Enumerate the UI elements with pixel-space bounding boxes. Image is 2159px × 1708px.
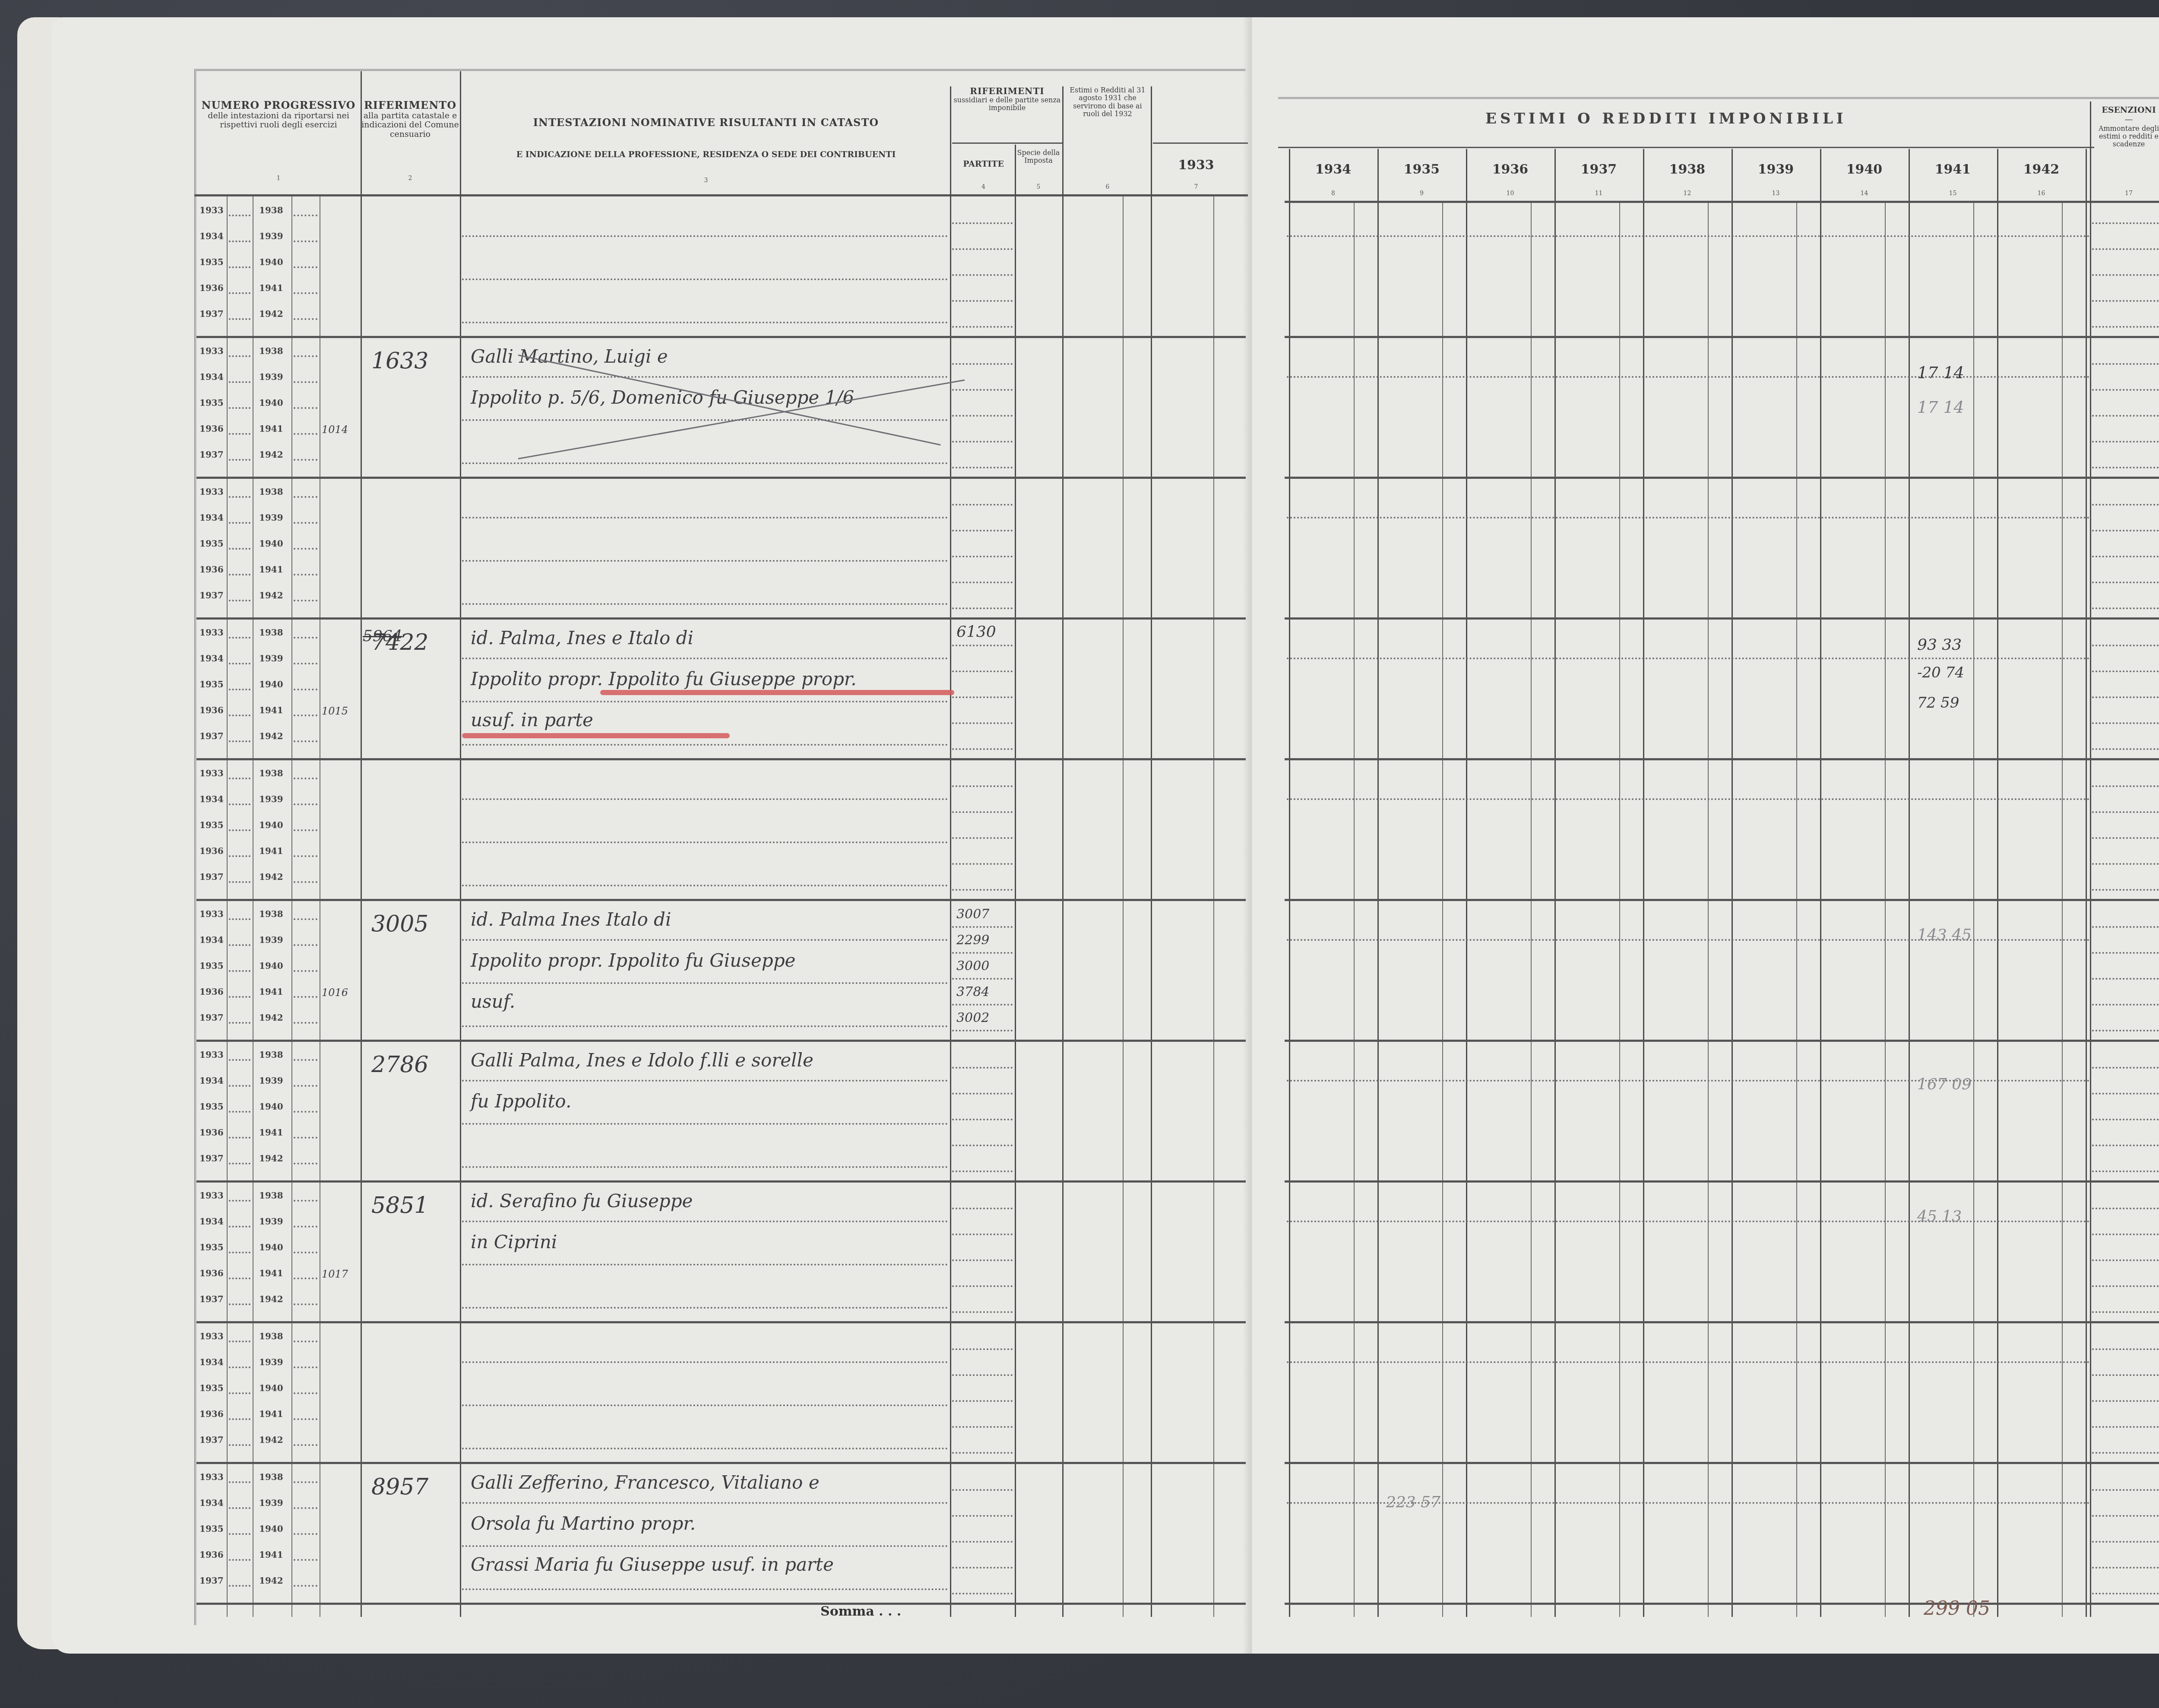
dotted-rule: [462, 1448, 948, 1449]
col-number: 7: [1153, 183, 1239, 190]
year-label: 1941: [259, 1127, 283, 1138]
dotted-rule: [952, 607, 1013, 609]
year-label: 1939: [259, 512, 283, 523]
col-subdivider: [1123, 196, 1124, 1617]
year-label: 1936: [199, 705, 224, 715]
col-number: 6: [1064, 183, 1151, 190]
dotted-rule: [952, 748, 1013, 750]
intestazione-line: Galli Palma, Ines e Idolo f.lli e sorell…: [471, 1050, 814, 1071]
dotted-rule: [294, 637, 317, 639]
year-header-1938: 1938: [1643, 162, 1732, 177]
block-rule: [196, 899, 1246, 901]
intestazione-line: usuf.: [471, 991, 515, 1012]
dotted-rule: [952, 1208, 1013, 1209]
dotted-rule: [294, 715, 317, 716]
dotted-rule: [294, 1252, 317, 1253]
dotted-rule: [229, 600, 250, 601]
value-e2-1941-b: 17 14: [1917, 398, 1964, 417]
dotted-rule: [2092, 748, 2159, 750]
progressive-number: 1015: [322, 705, 348, 717]
dotted-rule: [952, 926, 1013, 928]
intestazione-line: Ippolito propr. Ippolito fu Giuseppe pro…: [471, 668, 857, 690]
dotted-rule: [229, 548, 250, 550]
col-number: 5: [1015, 183, 1062, 190]
dotted-rule: [2092, 722, 2159, 724]
dotted-rule: [462, 517, 948, 519]
dotted-rule: [229, 1200, 250, 1202]
dotted-rule: [1287, 798, 2090, 800]
col-subdivider: [227, 196, 228, 1617]
col-number: 2: [361, 175, 460, 182]
value-e4-1941-b: -20 74: [1917, 664, 1964, 681]
dotted-rule: [952, 222, 1013, 224]
dotted-rule: [1287, 658, 2090, 659]
red-strikethrough: [600, 690, 954, 695]
dotted-rule: [229, 803, 250, 805]
col-number: 17: [2090, 190, 2159, 197]
dotted-rule: [229, 663, 250, 664]
dotted-rule: [952, 837, 1013, 839]
block-rule: [196, 1603, 1246, 1605]
total-1941-value: 299 05: [1924, 1597, 1990, 1619]
col-number: 12: [1643, 190, 1732, 197]
header-intestazioni: INTESTAZIONI NOMINATIVE RISULTANTI IN CA…: [462, 117, 950, 159]
year-label: 1936: [199, 424, 224, 434]
col-subdivider: [291, 196, 292, 1617]
year-header-1940: 1940: [1820, 162, 1909, 177]
intestazione-line: id. Palma, Ines e Italo di: [471, 627, 693, 648]
col-divider: [460, 71, 461, 1617]
dotted-rule: [462, 1123, 948, 1125]
year-label: 1936: [199, 846, 224, 856]
dotted-rule: [1287, 235, 2090, 237]
dotted-rule: [2092, 467, 2159, 468]
year-label: 1939: [259, 1357, 283, 1367]
dotted-rule: [462, 939, 948, 941]
intestazione-line: Ippolito propr. Ippolito fu Giuseppe: [471, 950, 795, 971]
dotted-rule: [952, 1119, 1013, 1120]
col-number: 8: [1289, 190, 1377, 197]
header-year-1933: 1933: [1153, 158, 1239, 173]
col-subdivider: [1708, 203, 1709, 1617]
dotted-rule: [2092, 1259, 2159, 1261]
dotted-rule: [294, 433, 317, 435]
dotted-rule: [952, 1489, 1013, 1491]
partite-value: 3000: [956, 958, 989, 974]
intestazione-line: Galli Martino, Luigi e: [471, 346, 668, 367]
block-rule: [1285, 1603, 2159, 1605]
dotted-rule: [2092, 1348, 2159, 1350]
dotted-rule: [229, 918, 250, 920]
block-rule: [1285, 758, 2159, 760]
header-bottom-rule: [194, 194, 1248, 196]
col-divider: [1466, 149, 1467, 1617]
col-divider: [1909, 149, 1910, 1617]
year-label: 1939: [259, 794, 283, 804]
dotted-rule: [952, 1515, 1013, 1517]
dotted-rule: [294, 600, 317, 601]
dotted-rule: [229, 1059, 250, 1061]
dotted-rule: [2092, 645, 2159, 646]
dotted-rule: [229, 318, 250, 320]
dotted-rule: [229, 1392, 250, 1394]
year-label: 1942: [259, 1435, 283, 1445]
year-label: 1936: [199, 1550, 224, 1560]
year-label: 1933: [199, 1190, 224, 1201]
dotted-rule: [2092, 363, 2159, 365]
year-label: 1936: [199, 1127, 224, 1138]
dotted-rule: [229, 1226, 250, 1227]
dotted-rule: [2092, 671, 2159, 672]
year-header-1937: 1937: [1554, 162, 1643, 177]
dotted-rule: [2092, 1593, 2159, 1594]
col-divider: [1820, 149, 1821, 1617]
dotted-rule: [952, 1426, 1013, 1428]
block-rule: [196, 758, 1246, 760]
year-label: 1936: [199, 1409, 224, 1419]
header-estimi-1931: Estimi o Redditi al 31 agosto 1931 che s…: [1064, 86, 1151, 118]
dotted-rule: [952, 863, 1013, 865]
partita-number: 8957: [371, 1474, 428, 1500]
year-label: 1938: [259, 909, 283, 919]
dotted-rule: [1287, 517, 2090, 519]
year-label: 1933: [199, 1331, 224, 1341]
year-label: 1941: [259, 283, 283, 293]
dotted-rule: [2092, 1311, 2159, 1313]
year-label: 1935: [199, 1242, 224, 1253]
dotted-rule: [462, 278, 948, 280]
year-label: 1941: [259, 1550, 283, 1560]
year-label: 1940: [259, 1101, 283, 1112]
dotted-rule: [294, 1022, 317, 1024]
right-table-frame: [1278, 97, 2159, 1627]
dotted-rule: [952, 441, 1013, 443]
year-label: 1935: [199, 679, 224, 690]
dotted-rule: [952, 785, 1013, 787]
dotted-rule: [2092, 389, 2159, 391]
dotted-rule: [229, 1252, 250, 1253]
year-header-1935: 1935: [1377, 162, 1466, 177]
dotted-rule: [2092, 978, 2159, 980]
dotted-rule: [2092, 785, 2159, 787]
year-label: 1937: [199, 1012, 224, 1023]
dotted-rule: [229, 1137, 250, 1139]
dotted-rule: [952, 248, 1013, 250]
year-label: 1942: [259, 731, 283, 741]
somma-label: Somma . . .: [820, 1604, 901, 1619]
dotted-rule: [229, 996, 250, 998]
dotted-rule: [229, 689, 250, 690]
year-label: 1940: [259, 1383, 283, 1393]
dotted-rule: [1287, 1221, 2090, 1222]
dotted-rule: [294, 778, 317, 779]
dotted-rule: [2092, 441, 2159, 443]
block-rule: [1285, 1040, 2159, 1042]
year-label: 1942: [259, 1153, 283, 1164]
year-label: 1942: [259, 590, 283, 601]
dotted-rule: [229, 637, 250, 639]
block-rule: [1285, 1180, 2159, 1183]
dotted-rule: [294, 918, 317, 920]
year-label: 1933: [199, 487, 224, 497]
dotted-rule: [229, 574, 250, 576]
year-label: 1936: [199, 1268, 224, 1278]
intestazione-line: id. Serafino fu Giuseppe: [471, 1190, 693, 1211]
dotted-rule: [952, 1145, 1013, 1146]
year-label: 1934: [199, 1498, 224, 1508]
year-label: 1934: [199, 653, 224, 664]
dotted-rule: [294, 1481, 317, 1483]
dotted-rule: [2092, 1067, 2159, 1069]
dotted-rule: [294, 1200, 317, 1202]
block-rule: [196, 617, 1246, 620]
dotted-rule: [229, 215, 250, 216]
dotted-rule: [952, 1541, 1013, 1543]
year-label: 1938: [259, 768, 283, 778]
col-divider: [1289, 149, 1290, 1617]
dotted-rule: [952, 415, 1013, 417]
dotted-rule: [294, 407, 317, 409]
dotted-rule: [2092, 274, 2159, 276]
dotted-rule: [2092, 248, 2159, 250]
dotted-rule: [229, 1418, 250, 1420]
dotted-rule: [294, 548, 317, 550]
header-numero-progressivo: NUMERO PROGRESSIVO delle intestazioni da…: [196, 99, 361, 130]
dotted-rule: [462, 1166, 948, 1168]
dotted-rule: [952, 645, 1013, 646]
block-rule: [1285, 477, 2159, 479]
dotted-rule: [229, 1366, 250, 1368]
year-label: 1941: [259, 1409, 283, 1419]
dotted-rule: [294, 829, 317, 831]
year-label: 1937: [199, 1294, 224, 1304]
dotted-rule: [294, 215, 317, 216]
year-1933-rule: [1153, 142, 1248, 144]
dotted-rule: [952, 889, 1013, 891]
progressive-number: 1014: [322, 424, 348, 436]
intestazione-line: in Ciprini: [471, 1231, 557, 1253]
partite-value: 6130: [956, 623, 996, 641]
year-label: 1938: [259, 1190, 283, 1201]
dotted-rule: [229, 433, 250, 435]
dotted-rule: [294, 1418, 317, 1420]
dotted-rule: [229, 715, 250, 716]
year-label: 1941: [259, 424, 283, 434]
year-label: 1937: [199, 449, 224, 460]
col-subdivider: [253, 196, 253, 1617]
col-subdivider: [1885, 203, 1886, 1617]
col-subdivider: [1354, 203, 1355, 1617]
col-number: 11: [1554, 190, 1643, 197]
dotted-rule: [2092, 300, 2159, 302]
dotted-rule: [2092, 696, 2159, 698]
dotted-rule: [2092, 222, 2159, 224]
dotted-rule: [229, 1303, 250, 1305]
dotted-rule: [229, 1533, 250, 1535]
dotted-rule: [294, 1533, 317, 1535]
dotted-rule: [2092, 1426, 2159, 1428]
intestazione-line: Orsola fu Martino propr.: [471, 1513, 696, 1534]
dotted-rule: [2092, 607, 2159, 609]
dotted-rule: [229, 1111, 250, 1113]
col-divider: [1377, 149, 1379, 1617]
block-rule: [196, 477, 1246, 479]
dotted-rule: [294, 1585, 317, 1587]
dotted-rule: [952, 1234, 1013, 1235]
dotted-rule: [2092, 326, 2159, 328]
dotted-rule: [229, 292, 250, 294]
dotted-rule: [462, 1545, 948, 1547]
col-divider: [2090, 101, 2091, 1617]
dotted-rule: [2092, 1452, 2159, 1454]
dotted-rule: [462, 1404, 948, 1406]
dotted-rule: [294, 803, 317, 805]
dotted-rule: [462, 1264, 948, 1265]
dotted-rule: [294, 740, 317, 742]
dotted-rule: [229, 381, 250, 383]
year-label: 1942: [259, 1012, 283, 1023]
partite-value: 2299: [956, 933, 989, 948]
value-e4-1941-a: 93 33: [1917, 636, 1962, 654]
dotted-rule: [229, 1163, 250, 1164]
partite-value: 3002: [956, 1010, 989, 1025]
dotted-rule: [952, 1067, 1013, 1069]
dotted-rule: [229, 522, 250, 524]
block-rule: [196, 1321, 1246, 1323]
dotted-rule: [229, 1507, 250, 1509]
dotted-rule: [2092, 1030, 2159, 1031]
year-label: 1940: [259, 538, 283, 549]
dotted-rule: [952, 504, 1013, 506]
value-e10-1935: 223 57: [1386, 1493, 1440, 1511]
year-header-rule: [1278, 147, 2094, 148]
dotted-rule: [294, 1163, 317, 1164]
dotted-rule: [294, 663, 317, 664]
dotted-rule: [229, 1022, 250, 1024]
col-subdivider: [2062, 203, 2063, 1617]
dotted-rule: [952, 363, 1013, 365]
year-label: 1937: [199, 1575, 224, 1586]
dotted-rule: [462, 419, 948, 421]
partita-number: 5851: [371, 1192, 428, 1218]
block-rule: [1285, 617, 2159, 620]
col-divider: [1554, 149, 1556, 1617]
col-number: 15: [1909, 190, 1997, 197]
year-label: 1936: [199, 987, 224, 997]
dotted-rule: [952, 1400, 1013, 1402]
header-riferimenti-sussidiari: RIFERIMENTI sussidiari e delle partite s…: [952, 86, 1062, 112]
rif-sub-rule: [952, 142, 1062, 144]
dotted-rule: [229, 778, 250, 779]
year-header-1941: 1941: [1909, 162, 1997, 177]
dotted-rule: [462, 1588, 948, 1590]
col-subdivider: [1442, 203, 1443, 1617]
dotted-rule: [952, 467, 1013, 468]
dotted-rule: [462, 658, 948, 659]
year-label: 1939: [259, 372, 283, 382]
dotted-rule: [952, 530, 1013, 531]
year-label: 1940: [259, 1524, 283, 1534]
dotted-rule: [229, 1559, 250, 1561]
dotted-rule: [294, 855, 317, 857]
dotted-rule: [952, 1285, 1013, 1287]
dotted-rule: [952, 978, 1013, 980]
year-label: 1933: [199, 205, 224, 215]
dotted-rule: [952, 1030, 1013, 1031]
dotted-rule: [952, 1567, 1013, 1569]
year-label: 1934: [199, 1075, 224, 1086]
year-label: 1940: [259, 257, 283, 267]
dotted-rule: [952, 1311, 1013, 1313]
dotted-rule: [294, 522, 317, 524]
dotted-rule: [462, 744, 948, 746]
year-label: 1933: [199, 768, 224, 778]
dotted-rule: [2092, 1234, 2159, 1235]
year-label: 1933: [199, 346, 224, 356]
dotted-rule: [229, 1341, 250, 1342]
progressive-number: 1016: [322, 987, 348, 999]
intestazione-line: id. Palma Ines Italo di: [471, 909, 671, 930]
dotted-rule: [229, 1444, 250, 1446]
dotted-rule: [229, 944, 250, 946]
block-rule: [196, 1040, 1246, 1042]
year-label: 1933: [199, 909, 224, 919]
dotted-rule: [462, 1080, 948, 1082]
dotted-rule: [229, 970, 250, 972]
dotted-rule: [2092, 1567, 2159, 1569]
dotted-rule: [952, 326, 1013, 328]
dotted-rule: [294, 1303, 317, 1305]
year-label: 1933: [199, 1050, 224, 1060]
dotted-rule: [462, 1025, 948, 1027]
dotted-rule: [229, 407, 250, 409]
col-subdivider: [1619, 203, 1620, 1617]
intestazione-line: Ippolito p. 5/6, Domenico fu Giuseppe 1/…: [471, 387, 854, 408]
value-e6-1941: 143 45: [1917, 926, 1972, 944]
col-divider: [1997, 149, 1998, 1617]
dotted-rule: [2092, 811, 2159, 813]
year-label: 1934: [199, 512, 224, 523]
dotted-rule: [1287, 376, 2090, 378]
year-header-1942: 1942: [1997, 162, 2086, 177]
col-divider: [950, 86, 951, 1617]
value-e8-1941: 45 13: [1917, 1208, 1962, 1225]
col-divider: [1643, 149, 1644, 1617]
year-label: 1941: [259, 987, 283, 997]
year-label: 1940: [259, 820, 283, 830]
year-label: 1942: [259, 1575, 283, 1586]
year-label: 1934: [199, 231, 224, 241]
dotted-rule: [462, 560, 948, 562]
block-rule: [196, 336, 1246, 338]
year-label: 1936: [199, 564, 224, 575]
year-label: 1937: [199, 1435, 224, 1445]
dotted-rule: [952, 1004, 1013, 1006]
dotted-rule: [229, 1481, 250, 1483]
year-label: 1935: [199, 257, 224, 267]
dotted-rule: [294, 1444, 317, 1446]
dotted-rule: [229, 355, 250, 357]
dotted-rule: [294, 1085, 317, 1087]
dotted-rule: [2092, 1145, 2159, 1146]
col-number: 1: [196, 175, 361, 182]
col-divider: [1062, 86, 1064, 1617]
dotted-rule: [462, 462, 948, 464]
block-rule: [196, 1462, 1246, 1464]
dotted-rule: [952, 1170, 1013, 1172]
block-rule: [1285, 1462, 2159, 1464]
dotted-rule: [952, 389, 1013, 391]
